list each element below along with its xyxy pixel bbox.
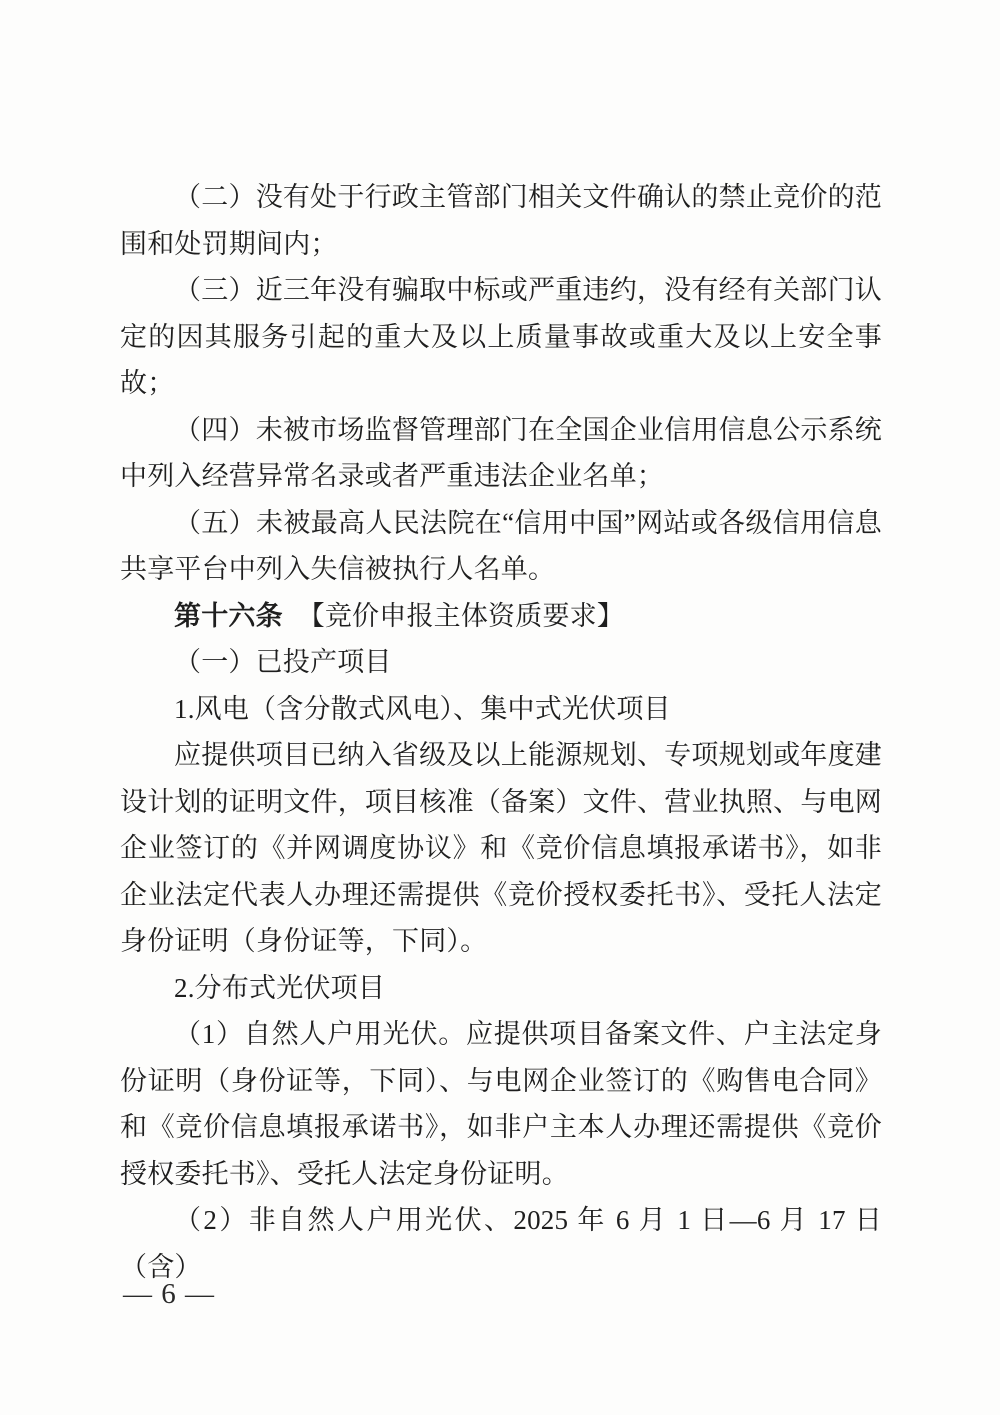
- page-footer: — 6 —: [123, 1277, 215, 1311]
- article-number: 第十六条: [174, 601, 298, 631]
- paragraph-wind-solar-requirements: 应提供项目已纳入省级及以上能源规划、专项规划或年度建设计划的证明文件，项目核准（…: [120, 732, 882, 965]
- page-number: — 6 —: [123, 1278, 215, 1310]
- clause-item-4: （四）未被市场监督管理部门在全国企业信用信息公示系统中列入经营异常名录或者严重违…: [120, 407, 882, 500]
- article-heading: 第十六条【竞价申报主体资质要求】: [120, 593, 882, 640]
- clause-item-5: （五）未被最高人民法院在“信用中国”网站或各级信用信息共享平台中列入失信被执行人…: [120, 500, 882, 593]
- document-body: （二）没有处于行政主管部门相关文件确认的禁止竞价的范围和处罚期间内； （三）近三…: [120, 174, 882, 1290]
- subsection-distributed-pv: 2.分布式光伏项目: [120, 965, 882, 1012]
- subsection-wind-solar: 1.风电（含分散式风电）、集中式光伏项目: [120, 686, 882, 733]
- clause-item-2: （二）没有处于行政主管部门相关文件确认的禁止竞价的范围和处罚期间内；: [120, 174, 882, 267]
- section-item-1: （一）已投产项目: [120, 639, 882, 686]
- paragraph-non-natural-person-pv: （2）非自然人户用光伏、2025 年 6 月 1 日—6 月 17 日（含）: [120, 1197, 882, 1290]
- clause-item-3: （三）近三年没有骗取中标或严重违约，没有经有关部门认定的因其服务引起的重大及以上…: [120, 267, 882, 407]
- article-title: 【竞价申报主体资质要求】: [298, 601, 624, 631]
- paragraph-natural-person-pv: （1）自然人户用光伏。应提供项目备案文件、户主法定身份证明（身份证等，下同）、与…: [120, 1011, 882, 1197]
- document-page: （二）没有处于行政主管部门相关文件确认的禁止竞价的范围和处罚期间内； （三）近三…: [0, 0, 1000, 1415]
